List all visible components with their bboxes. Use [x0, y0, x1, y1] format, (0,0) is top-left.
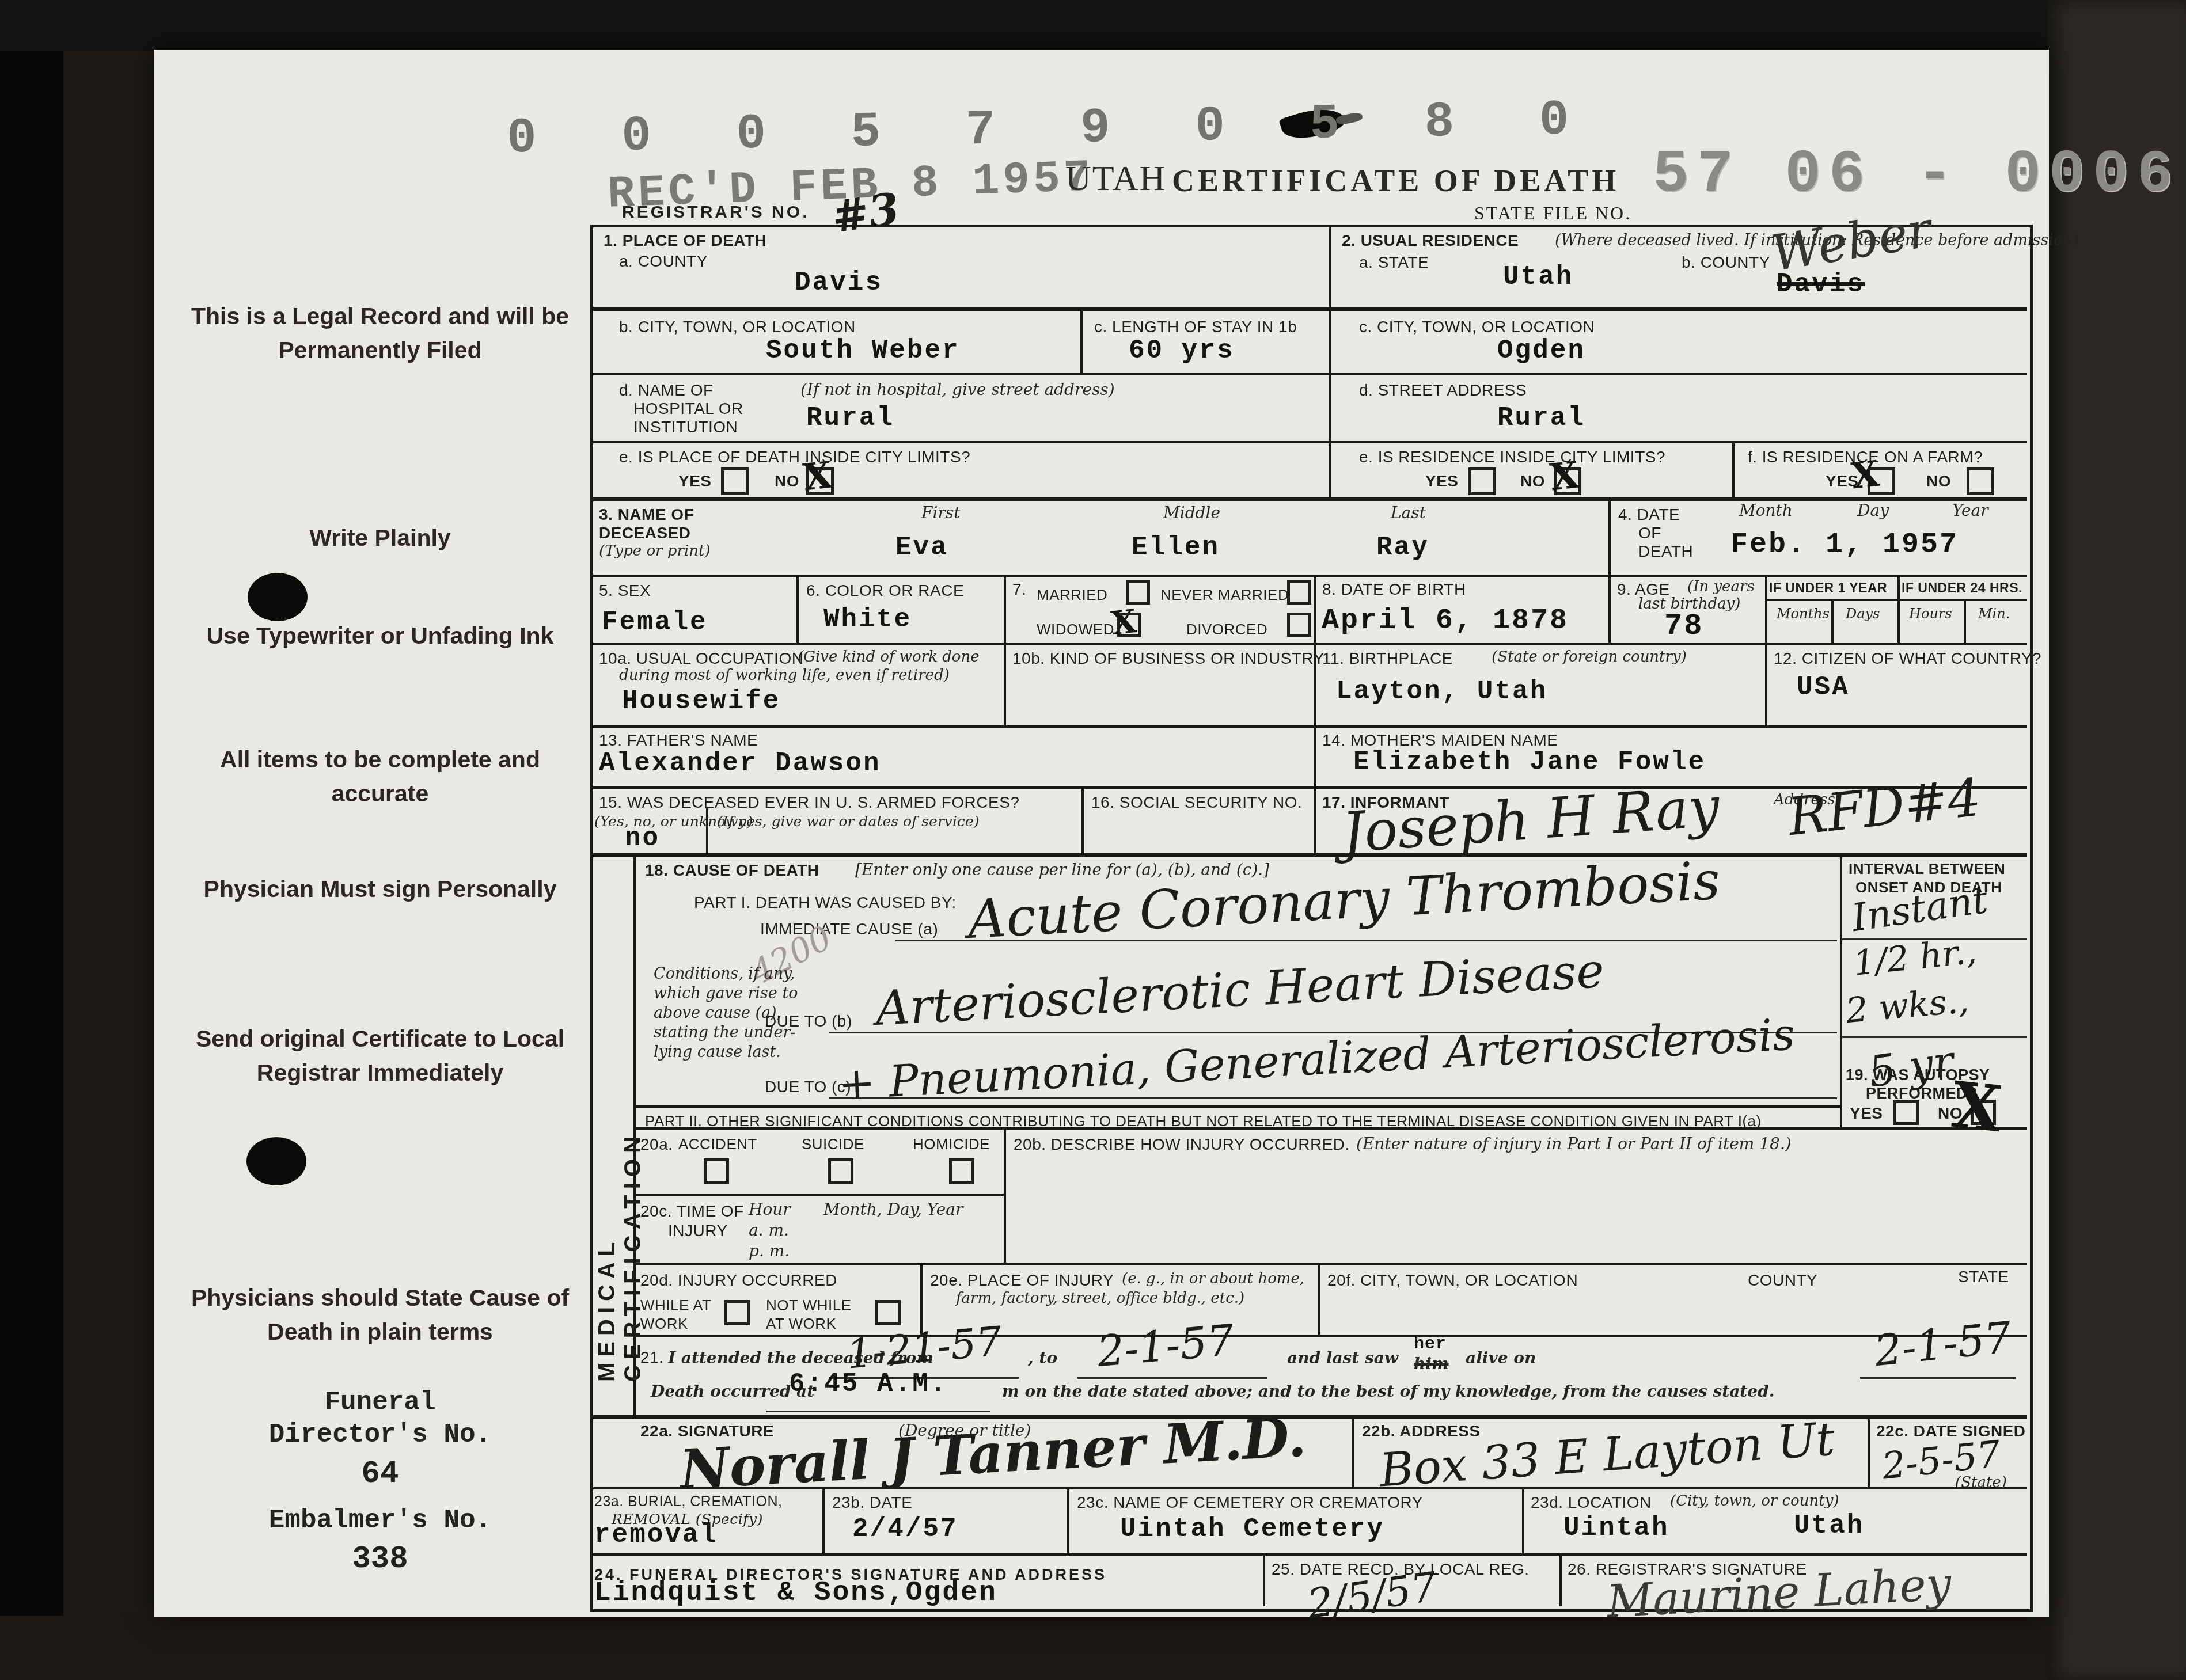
- s18-conditions2: which gave rise to: [654, 985, 798, 1002]
- s3-first-value: Eva: [895, 533, 948, 562]
- s20b-hint: (Enter nature of injury in Part I or Par…: [1356, 1134, 1792, 1153]
- s4-month-header: Month: [1739, 501, 1793, 520]
- s9-days-header: Days: [1846, 606, 1880, 622]
- s3-label3: (Type or print): [599, 542, 711, 560]
- s20c-pm-label: p. m.: [749, 1241, 790, 1260]
- s24-value: Lindquist & Sons,Ogden: [594, 1578, 997, 1609]
- s4-label3: DEATH: [1638, 542, 1693, 561]
- s2e-yes-label: YES: [1425, 472, 1459, 491]
- margin-note-complete: All items to be complete and accurate: [190, 743, 570, 811]
- s20e-hint1: (e. g., in or about home,: [1122, 1270, 1304, 1287]
- s9-months-header: Months: [1777, 606, 1830, 622]
- s9-min-header: Min.: [1978, 606, 2010, 622]
- s12-value: USA: [1797, 672, 1850, 702]
- s8-label: 8. DATE OF BIRTH: [1322, 580, 1466, 599]
- s20e-label: 20e. PLACE OF INJURY: [930, 1271, 1114, 1290]
- s11-value: Layton, Utah: [1336, 676, 1547, 706]
- margin-note-plain-terms: Physicians should State Cause of Death i…: [173, 1281, 587, 1349]
- s2e-label: e. IS RESIDENCE INSIDE CITY LIMITS?: [1359, 448, 1665, 466]
- s23d-hint: (City, town, or county): [1670, 1492, 1839, 1510]
- s12-label: 12. CITIZEN OF WHAT COUNTRY?: [1774, 649, 2041, 668]
- s2-title: 2. USUAL RESIDENCE: [1342, 231, 1519, 250]
- s20a-homicide-label: HOMICIDE: [913, 1135, 990, 1153]
- s3-label1: 3. NAME OF: [599, 505, 694, 524]
- s2f-no-checkbox: [1967, 467, 1994, 495]
- s18-interval-header1: INTERVAL BETWEEN: [1849, 860, 2005, 878]
- s3-last-value: Ray: [1376, 533, 1429, 562]
- scanned-death-certificate: 0 0 0 5 7 9 0 5 8 0 REC'D FEB 8 1957 57 …: [0, 0, 2186, 1680]
- s1b-label: b. CITY, TOWN, OR LOCATION: [619, 318, 856, 336]
- s3-label2: DECEASED: [599, 524, 691, 542]
- scan-left-band-inner: [63, 0, 155, 1680]
- s23d-city-value: Uintah: [1563, 1513, 1669, 1543]
- s20d-while-checkbox: [724, 1300, 750, 1325]
- s2f-yes-mark: X: [1849, 453, 1881, 497]
- state-file-label: STATE FILE NO.: [1474, 203, 1631, 224]
- s19-yes-label: YES: [1850, 1104, 1883, 1123]
- s20a-suicide-label: SUICIDE: [802, 1135, 864, 1153]
- scan-bottom-band: [0, 1616, 2186, 1680]
- s7-never-married-label: NEVER MARRIED: [1160, 586, 1289, 604]
- s13-value: Alexander Dawson: [599, 748, 881, 778]
- margin-note-legal: This is a Legal Record and will be Perma…: [190, 299, 570, 367]
- s2f-no-label: NO: [1926, 472, 1951, 491]
- s7-widowed-label: WIDOWED: [1037, 621, 1114, 638]
- s6-value: White: [823, 605, 912, 634]
- s21-text3: and last saw: [1287, 1348, 1398, 1367]
- s21-text6: m on the date stated above; and to the b…: [1002, 1382, 1774, 1401]
- s20f-state-header: STATE: [1958, 1268, 2009, 1286]
- s2a-value: Utah: [1503, 262, 1573, 292]
- s20d-while2: WORK: [640, 1315, 688, 1333]
- s5-label: 5. SEX: [599, 581, 651, 600]
- s18-part1-label: PART I. DEATH WAS CAUSED BY:: [694, 894, 957, 912]
- s18-conditions1: Conditions, if any,: [654, 965, 795, 983]
- s20c-hour-header: Hour: [749, 1200, 791, 1219]
- s10a-label: 10a. USUAL OCCUPATION: [599, 649, 803, 668]
- s8-value: April 6, 1878: [1322, 605, 1569, 637]
- s23d-state-value: Utah: [1794, 1511, 1864, 1541]
- s6-label: 6. COLOR OR RACE: [806, 581, 964, 600]
- s4-year-header: Year: [1952, 501, 1988, 520]
- margin-note-send-original: Send original Certificate to Local Regis…: [190, 1022, 570, 1090]
- s10a-hint2: during most of working life, even if ret…: [619, 667, 950, 684]
- s10a-value: Housewife: [622, 686, 780, 716]
- s20a-accident-checkbox: [704, 1158, 729, 1184]
- margin-note-physician: Physician Must sign Personally: [190, 872, 570, 906]
- punch-hole-bottom: [246, 1137, 306, 1185]
- registrar-no-label: REGISTRAR'S NO.: [622, 203, 810, 222]
- s18-due-b-label: DUE TO (b): [765, 1012, 852, 1031]
- s9-under24-label: IF UNDER 24 HRS.: [1902, 580, 2022, 596]
- embalmer-no-value: 338: [190, 1542, 570, 1577]
- scan-left-band: [0, 0, 63, 1680]
- s20e-hint2: farm, factory, street, office bldg., etc…: [956, 1290, 1244, 1307]
- s20d-while1: WHILE AT: [640, 1297, 711, 1314]
- s2d-value: Rural: [1497, 403, 1585, 433]
- s23b-label: 23b. DATE: [832, 1493, 912, 1512]
- s21-text2: , to: [1028, 1348, 1057, 1367]
- s21-him-struck: him: [1414, 1354, 1449, 1373]
- s20d-not1: NOT WHILE: [766, 1297, 851, 1314]
- s1a-value: Davis: [795, 268, 883, 298]
- s15-label: 15. WAS DECEASED EVER IN U. S. ARMED FOR…: [599, 793, 1019, 812]
- s3-middle-header: Middle: [1163, 503, 1220, 522]
- s21-text4: alive on: [1466, 1348, 1536, 1367]
- s1-title: 1. PLACE OF DEATH: [604, 231, 766, 250]
- s20a-homicide-checkbox: [949, 1158, 974, 1184]
- s18-title: 18. CAUSE OF DEATH: [645, 861, 819, 880]
- margin-note-write-plainly: Write Plainly: [190, 521, 570, 555]
- s20c-am-label: a. m.: [749, 1221, 789, 1240]
- title-state: UTAH: [1065, 158, 1166, 199]
- s1e-no-label: NO: [775, 472, 799, 491]
- s10b-label: 10b. KIND OF BUSINESS OR INDUSTRY: [1012, 649, 1324, 668]
- s3-last-header: Last: [1391, 503, 1426, 522]
- s1e-yes-checkbox: [721, 467, 749, 495]
- s20a-label: 20a.: [640, 1135, 673, 1154]
- s10a-hint1: (Give kind of work done: [798, 648, 980, 666]
- s1c-value: 60 yrs: [1129, 336, 1235, 366]
- s18-conditions5: lying cause last.: [654, 1043, 781, 1061]
- s23d-label: 23d. LOCATION: [1531, 1493, 1652, 1512]
- s23c-label: 23c. NAME OF CEMETERY OR CREMATORY: [1077, 1493, 1423, 1512]
- s5-value: Female: [602, 607, 708, 637]
- s18-part2-label: PART II. OTHER SIGNIFICANT CONDITIONS CO…: [645, 1112, 1826, 1130]
- s1a-label: a. COUNTY: [619, 252, 708, 271]
- s23b-value: 2/4/57: [852, 1514, 958, 1544]
- s15-value: no: [625, 823, 660, 853]
- scan-right-band: [2048, 0, 2186, 1680]
- s1d-hint: (If not in hospital, give street address…: [800, 380, 1115, 399]
- s20c-label1: 20c. TIME OF: [640, 1202, 744, 1221]
- s23d-state-hint: (State): [1955, 1474, 2007, 1491]
- s3-first-header: First: [921, 503, 960, 522]
- s9-under1-label: IF UNDER 1 YEAR: [1769, 580, 1887, 596]
- s21-number: 21.: [640, 1348, 663, 1367]
- s20a-suicide-checkbox: [828, 1158, 853, 1184]
- s21-her-value: her: [1414, 1335, 1447, 1354]
- s15-hint2: (If yes, give war or dates of service): [717, 813, 980, 830]
- s3-middle-value: Ellen: [1132, 533, 1220, 562]
- medical-certification-label: MEDICAL CERTIFICATION: [594, 979, 646, 1382]
- s19-no-mark: X: [1948, 1067, 2005, 1146]
- s2c-value: Ogden: [1497, 336, 1585, 366]
- s9-hint1: (In years: [1687, 578, 1755, 595]
- s23a-value: removal: [594, 1520, 718, 1550]
- s4-value: Feb. 1, 1957: [1730, 529, 1959, 561]
- s7-divorced-checkbox: [1287, 613, 1311, 637]
- s20f-county-header: COUNTY: [1748, 1271, 1817, 1290]
- s18-conditions3: above cause (a),: [654, 1004, 781, 1022]
- s16-label: 16. SOCIAL SECURITY NO.: [1091, 793, 1302, 812]
- s23c-value: Uintah Cemetery: [1120, 1514, 1384, 1544]
- punch-hole-top: [248, 573, 308, 621]
- s14-value: Elizabeth Jane Fowle: [1353, 747, 1706, 777]
- s2c-label: c. CITY, TOWN, OR LOCATION: [1359, 318, 1595, 336]
- s20d-not-checkbox: [875, 1300, 901, 1325]
- funeral-director-no-value: 64: [190, 1457, 570, 1492]
- s11-hint: (State or foreign country): [1492, 648, 1687, 666]
- s7-divorced-label: DIVORCED: [1186, 621, 1267, 638]
- s1e-no-mark: X: [801, 454, 834, 500]
- margin-note-typewriter: Use Typewriter or Unfading Ink: [190, 619, 570, 653]
- s2e-yes-checkbox: [1468, 467, 1496, 495]
- s4-label1: 4. DATE: [1618, 505, 1680, 524]
- s2d-label: d. STREET ADDRESS: [1359, 381, 1527, 400]
- title-utah: UTAH: [1065, 159, 1166, 198]
- scan-top-band: [0, 0, 2186, 51]
- s1d-label3: INSTITUTION: [633, 418, 738, 436]
- s7-label: 7.: [1012, 580, 1026, 599]
- s7-married-label: MARRIED: [1037, 586, 1107, 604]
- embalmer-no-label: Embalmer's No.: [190, 1506, 570, 1535]
- s1d-label2: HOSPITAL OR: [633, 400, 743, 418]
- s1e-label: e. IS PLACE OF DEATH INSIDE CITY LIMITS?: [619, 448, 970, 466]
- s21-time-value: 6:45 A.M.: [789, 1369, 947, 1399]
- s1e-yes-label: YES: [678, 472, 712, 491]
- s20d-label: 20d. INJURY OCCURRED: [640, 1271, 837, 1290]
- s20c-mdy-header: Month, Day, Year: [823, 1200, 963, 1219]
- s1d-label1: d. NAME OF: [619, 381, 714, 400]
- s9-hours-header: Hours: [1909, 606, 1952, 622]
- s20b-label: 20b. DESCRIBE HOW INJURY OCCURRED.: [1014, 1135, 1350, 1154]
- s2e-no-mark: X: [1548, 454, 1581, 500]
- s1d-value: Rural: [806, 403, 894, 433]
- s1c-label: c. LENGTH OF STAY IN 1b: [1094, 318, 1297, 336]
- s20c-label2: INJURY: [668, 1222, 728, 1240]
- s2a-label: a. STATE: [1359, 253, 1429, 272]
- s2e-no-label: NO: [1520, 472, 1545, 491]
- s7-widowed-mark: X: [1110, 602, 1138, 643]
- s4-day-header: Day: [1857, 501, 1889, 520]
- s7-married-checkbox: [1126, 580, 1150, 605]
- s11-label: 11. BIRTHPLACE: [1322, 649, 1453, 668]
- s13-label: 13. FATHER'S NAME: [599, 731, 758, 750]
- s2b-label: b. COUNTY: [1682, 253, 1770, 272]
- s1b-value: South Weber: [766, 336, 960, 366]
- funeral-director-no-label: Funeral Director's No.: [190, 1386, 570, 1451]
- s20a-accident-label: ACCIDENT: [678, 1135, 757, 1153]
- s9-value: 78: [1664, 609, 1703, 643]
- s20f-label: 20f. CITY, TOWN, OR LOCATION: [1327, 1271, 1578, 1290]
- s4-label2: OF: [1638, 524, 1661, 542]
- s7-never-married-checkbox: [1287, 580, 1311, 605]
- s20d-not2: AT WORK: [766, 1315, 836, 1333]
- s19-yes-checkbox: [1893, 1100, 1919, 1125]
- page-title: CERTIFICATE OF DEATH: [1172, 163, 1619, 199]
- state-file-number-stamp: 57 06 - 0006: [1653, 141, 2181, 209]
- s23a-label1: 23a. BURIAL, CREMATION,: [594, 1493, 782, 1510]
